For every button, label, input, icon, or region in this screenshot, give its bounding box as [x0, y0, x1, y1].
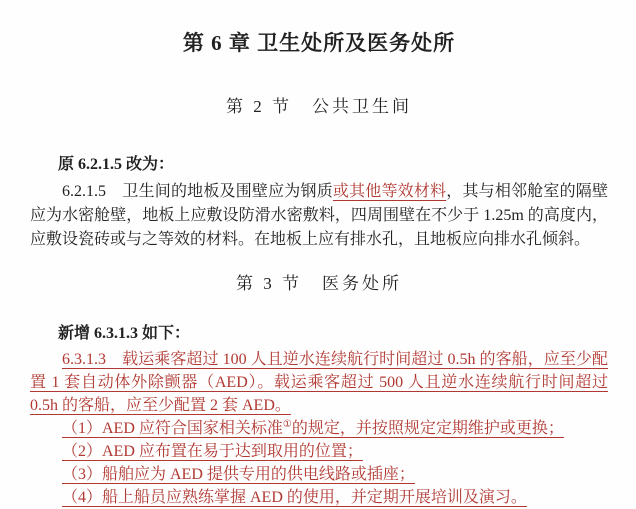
aed-requirement-item-1-text: （1）AED 应符合国家相关标准 — [62, 420, 283, 437]
clause-6215: 6.2.1.5 卫生间的地板及围壁应为钢质或其他等效材料，其与相邻舱室的隔壁应为… — [30, 180, 608, 252]
aed-requirement-item-2-text: （2）AED 应布置在易于达到取用的位置； — [62, 443, 363, 460]
aed-requirement-item-1: （1）AED 应符合国家相关标准①的规定，并按照规定定期维护或更换； — [30, 417, 608, 440]
section-heading-public-toilet: 第 2 节 公共卫生间 — [30, 96, 608, 118]
section-heading-medical: 第 3 节 医务处所 — [30, 273, 608, 295]
inserted-clause-6313: 6.3.1.3 载运乘客超过 100 人且逆水连续航行时间超过 0.5h 的客船… — [30, 348, 608, 417]
clause-6215-inserted-text: 或其他等效材料 — [333, 183, 446, 200]
chapter-heading: 第 6 章 卫生处所及医务处所 — [30, 30, 608, 56]
amendment-label-6313: 新增 6.3.1.3 如下： — [30, 324, 608, 344]
clause-6215-text-before: 6.2.1.5 卫生间的地板及围壁应为钢质 — [62, 183, 333, 200]
aed-requirement-item-3-text: （3）船舶应为 AED 提供专用的供电线路或插座； — [62, 466, 415, 483]
aed-requirement-item-1-text-after: 的规定，并按照规定定期维护或更换； — [292, 420, 564, 437]
aed-requirement-item-3: （3）船舶应为 AED 提供专用的供电线路或插座； — [30, 463, 608, 486]
document-page: 第 6 章 卫生处所及医务处所 第 2 节 公共卫生间 原 6.2.1.5 改为… — [0, 0, 636, 509]
amendment-label-6215: 原 6.2.1.5 改为： — [30, 155, 608, 175]
footnote-reference-mark: ① — [283, 419, 292, 430]
aed-requirement-item-2: （2）AED 应布置在易于达到取用的位置； — [30, 440, 608, 463]
aed-requirement-item-4-text: （4）船上船员应熟练掌握 AED 的使用，并定期开展培训及演习。 — [62, 489, 527, 506]
aed-requirement-item-4: （4）船上船员应熟练掌握 AED 的使用，并定期开展培训及演习。 — [30, 486, 608, 509]
